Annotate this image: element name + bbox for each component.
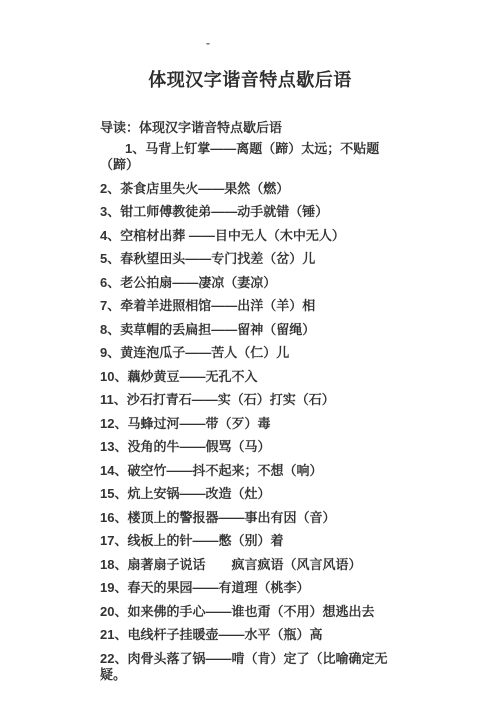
list-item: 11、沙石打青石——实（石）打实（石） bbox=[100, 392, 389, 408]
list-item: 1、马背上钉掌——离题（蹄）太远；不贴题（蹄） bbox=[100, 141, 389, 173]
list-item: 3、钳工师傅教徒弟——动手就错（锤） bbox=[100, 204, 389, 220]
list-item: 10、藕炒黄豆——无孔不入 bbox=[100, 369, 389, 385]
list-item: 15、炕上安锅——改造（灶） bbox=[100, 486, 389, 502]
list-item: 20、如来佛的手心——谁也甭（不用）想逃出去 bbox=[100, 604, 389, 620]
list-item: 19、春天的果园——有道理（桃李） bbox=[100, 580, 389, 596]
list-item: 4、空棺材出葬 ——目中无人（木中无人） bbox=[100, 228, 389, 244]
list-item: 21、电线杆子挂暖壶——水平（瓶）高 bbox=[100, 627, 389, 643]
list-item: 9、黄连泡瓜子——苦人（仁）儿 bbox=[100, 345, 389, 361]
list-item: 5、春秋望田头——专门找差（岔）儿 bbox=[100, 251, 389, 267]
lead-text: 导读：体现汉字谐音特点歇后语 bbox=[100, 120, 282, 136]
document-page: - 体现汉字谐音特点歇后语 导读：体现汉字谐音特点歇后语 1、马背上钉掌——离题… bbox=[0, 0, 500, 708]
list-item: 16、楼顶上的警报器——事出有因（音） bbox=[100, 510, 389, 526]
list-item: 17、线板上的针——憋（别）着 bbox=[100, 533, 389, 549]
list-item: 6、老公拍扇——凄凉（妻凉） bbox=[100, 275, 389, 291]
page-header-dash: - bbox=[206, 36, 210, 50]
list-item: 13、没角的牛——假骂（马） bbox=[100, 439, 389, 455]
list-item: 22、肉骨头落了锅——啃（肯）定了（比喻确定无疑。 bbox=[100, 651, 389, 683]
list-item: 8、卖草帽的丢扁担——留神（留绳） bbox=[100, 322, 389, 338]
list-item: 12、马蜂过河——带（歹）毒 bbox=[100, 416, 389, 432]
xiehouyu-list: 1、马背上钉掌——离题（蹄）太远；不贴题（蹄）2、茶食店里失火——果然（燃）3、… bbox=[100, 141, 389, 690]
list-item: 7、牵着羊进照相馆——出洋（羊）相 bbox=[100, 298, 389, 314]
list-item: 14、破空竹——抖不起来；不想（响） bbox=[100, 463, 389, 479]
list-item: 2、茶食店里失火——果然（燃） bbox=[100, 181, 389, 197]
page-title: 体现汉字谐音特点歇后语 bbox=[0, 68, 500, 92]
list-item: 18、扇著扇子说话 疯言疯语（风言风语） bbox=[100, 557, 389, 573]
